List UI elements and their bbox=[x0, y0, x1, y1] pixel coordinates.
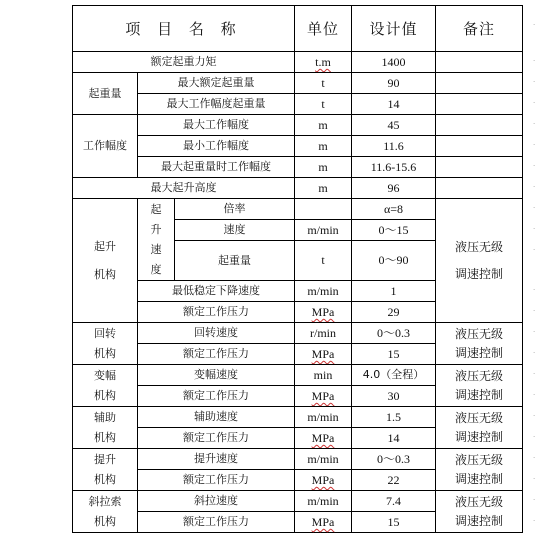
hoist-row-label: 额定工作压力 bbox=[137, 301, 295, 323]
hoist-row-unit bbox=[294, 198, 352, 220]
mechanism-row-unit: m/min bbox=[294, 490, 352, 512]
mechanism-name: 变幅机构 bbox=[72, 364, 138, 407]
paragraph-mark-icon: · bbox=[533, 307, 535, 315]
paragraph-mark-icon: · bbox=[533, 328, 535, 336]
paragraph-mark-icon: · bbox=[533, 496, 535, 504]
mechanism-name: 回转机构 bbox=[72, 322, 138, 365]
mechanism-note-line1: 液压无级 bbox=[455, 369, 503, 383]
mechanism-note: 液压无级调速控制 bbox=[435, 448, 523, 491]
mechanism-row-label: 提升速度 bbox=[137, 448, 295, 470]
mechanism-note: 液压无级调速控制 bbox=[435, 490, 523, 533]
mechanism-name-line1: 斜拉索 bbox=[89, 495, 122, 508]
hoist-row-label: 最低稳定下降速度 bbox=[137, 280, 295, 302]
max-height-label: 最大起升高度 bbox=[72, 177, 295, 199]
paragraph-mark-icon: · bbox=[533, 433, 535, 441]
mechanism-name: 斜拉索机构 bbox=[72, 490, 138, 533]
working-radius-row-label: 最大起重量时工作幅度 bbox=[137, 156, 295, 178]
mechanism-name-line2: 机构 bbox=[94, 431, 116, 444]
mechanism-row-label: 额定工作压力 bbox=[137, 511, 295, 533]
working-radius-row-note bbox=[435, 114, 523, 136]
mechanism-note: 液压无级调速控制 bbox=[435, 364, 523, 407]
paragraph-mark-icon: · bbox=[533, 517, 535, 525]
mechanism-row-value: 15 bbox=[351, 343, 436, 365]
mechanism-row-value: 0～0.3 bbox=[351, 322, 436, 344]
working-radius-row-unit: m bbox=[294, 135, 352, 157]
max-height-note bbox=[435, 177, 523, 199]
mechanism-name: 提升机构 bbox=[72, 448, 138, 491]
working-radius-row-value: 11.6-15.6 bbox=[351, 156, 436, 178]
mechanism-row-unit: MPa bbox=[294, 469, 352, 491]
hoist-speed-char: 速 bbox=[151, 240, 162, 260]
max-height-unit: m bbox=[294, 177, 352, 199]
mechanism-row-label: 额定工作压力 bbox=[137, 385, 295, 407]
mechanism-row-value: 15 bbox=[351, 511, 436, 533]
mechanism-name-line1: 变幅 bbox=[94, 369, 116, 382]
mechanism-name: 辅助机构 bbox=[72, 406, 138, 449]
mechanism-row-unit: m/min bbox=[294, 406, 352, 428]
hoist-group-line1: 起升 bbox=[94, 240, 116, 253]
mechanism-row-value: 22 bbox=[351, 469, 436, 491]
mechanism-row-unit: min bbox=[294, 364, 352, 386]
mechanism-row-label: 变幅速度 bbox=[137, 364, 295, 386]
hoist-row-value: 1 bbox=[351, 280, 436, 302]
mechanism-row-label: 额定工作压力 bbox=[137, 469, 295, 491]
mechanism-row-label: 额定工作压力 bbox=[137, 343, 295, 365]
mechanism-note-line2: 调速控制 bbox=[455, 514, 503, 528]
paragraph-mark-icon: · bbox=[533, 99, 535, 107]
mechanism-name-line2: 机构 bbox=[94, 473, 116, 486]
hoist-row-unit: m/min bbox=[294, 280, 352, 302]
paragraph-mark-icon: · bbox=[533, 412, 535, 420]
hoist-speed-char: 度 bbox=[151, 260, 162, 280]
paragraph-mark-icon: · bbox=[533, 162, 535, 170]
mechanism-note: 液压无级调速控制 bbox=[435, 406, 523, 449]
working-radius-row-note bbox=[435, 156, 523, 178]
paragraph-mark-icon: · bbox=[533, 21, 535, 29]
rated-moment-unit: t.m bbox=[294, 51, 352, 73]
mechanism-row-unit: MPa bbox=[294, 343, 352, 365]
lifting-capacity-row-unit: t bbox=[294, 93, 352, 115]
hoist-row-unit: t bbox=[294, 240, 352, 281]
lifting-capacity-row-label: 最大额定起重量 bbox=[137, 72, 295, 94]
lifting-capacity-row-unit: t bbox=[294, 72, 352, 94]
paragraph-mark-icon: · bbox=[533, 120, 535, 128]
mechanism-row-unit: MPa bbox=[294, 385, 352, 407]
mechanism-name-line2: 机构 bbox=[94, 515, 116, 528]
mechanism-row-value: 30 bbox=[351, 385, 436, 407]
paragraph-mark-icon: · bbox=[533, 246, 535, 254]
mechanism-note-line1: 液压无级 bbox=[455, 411, 503, 425]
lifting-capacity-row-value: 90 bbox=[351, 72, 436, 94]
hoist-group-line2: 机构 bbox=[94, 268, 116, 281]
mechanism-note: 液压无级调速控制 bbox=[435, 322, 523, 365]
rated-moment-label: 额定起重力矩 bbox=[72, 51, 295, 73]
paragraph-mark-icon: · bbox=[533, 141, 535, 149]
paragraph-mark-icon: · bbox=[533, 183, 535, 191]
hoist-row-value: α=8 bbox=[351, 198, 436, 220]
mechanism-note-line1: 液压无级 bbox=[455, 495, 503, 509]
hoist-row-label: 速度 bbox=[174, 219, 295, 241]
mechanism-row-value: 4.0（全程） bbox=[351, 364, 436, 386]
mechanism-row-value: 0～0.3 bbox=[351, 448, 436, 470]
mechanism-name-line1: 提升 bbox=[94, 453, 116, 466]
hoist-row-value: 0～15 bbox=[351, 219, 436, 241]
hoist-row-label: 倍率 bbox=[174, 198, 295, 220]
paragraph-mark-icon: · bbox=[533, 204, 535, 212]
hoist-speed-char: 起 bbox=[151, 200, 162, 220]
mechanism-note-line1: 液压无级 bbox=[455, 327, 503, 341]
mechanism-row-label: 额定工作压力 bbox=[137, 427, 295, 449]
lifting-capacity-row-value: 14 bbox=[351, 93, 436, 115]
lifting-capacity-row-label: 最大工作幅度起重量 bbox=[137, 93, 295, 115]
mechanism-note-line2: 调速控制 bbox=[455, 388, 503, 402]
hoist-group: 起升 机构 bbox=[72, 198, 138, 323]
hoist-row-value: 0～90 bbox=[351, 240, 436, 281]
mechanism-name-line1: 辅助 bbox=[94, 411, 116, 424]
lifting-capacity-row-note bbox=[435, 93, 523, 115]
paragraph-mark-icon: · bbox=[533, 57, 535, 65]
mechanism-row-value: 1.5 bbox=[351, 406, 436, 428]
hoist-row-unit: MPa bbox=[294, 301, 352, 323]
mechanism-row-unit: m/min bbox=[294, 448, 352, 470]
hoist-row-value: 29 bbox=[351, 301, 436, 323]
mechanism-name-line2: 机构 bbox=[94, 389, 116, 402]
working-radius-row-value: 45 bbox=[351, 114, 436, 136]
hoist-row-unit: m/min bbox=[294, 219, 352, 241]
header-unit: 单位 bbox=[294, 5, 352, 52]
working-radius-row-unit: m bbox=[294, 156, 352, 178]
hoist-note: 液压无级 调速控制 bbox=[435, 198, 523, 323]
paragraph-mark-icon: · bbox=[533, 475, 535, 483]
rated-moment-value: 1400 bbox=[351, 51, 436, 73]
hoist-note-line2: 调速控制 bbox=[455, 267, 503, 281]
lifting-capacity-group: 起重量 bbox=[72, 72, 138, 115]
working-radius-row-unit: m bbox=[294, 114, 352, 136]
paragraph-mark-icon: · bbox=[533, 78, 535, 86]
working-radius-row-label: 最小工作幅度 bbox=[137, 135, 295, 157]
header-design-value: 设计值 bbox=[351, 5, 436, 52]
hoist-row-label: 起重量 bbox=[174, 240, 295, 281]
mechanism-row-label: 斜拉速度 bbox=[137, 490, 295, 512]
paragraph-mark-icon: · bbox=[533, 370, 535, 378]
mechanism-row-unit: MPa bbox=[294, 511, 352, 533]
mechanism-row-value: 7.4 bbox=[351, 490, 436, 512]
hoist-speed-char: 升 bbox=[151, 220, 162, 240]
header-note: 备注 bbox=[435, 5, 523, 52]
mechanism-row-value: 14 bbox=[351, 427, 436, 449]
max-height-value: 96 bbox=[351, 177, 436, 199]
working-radius-row-value: 11.6 bbox=[351, 135, 436, 157]
mechanism-note-line2: 调速控制 bbox=[455, 430, 503, 444]
mechanism-row-unit: r/min bbox=[294, 322, 352, 344]
mechanism-note-line2: 调速控制 bbox=[455, 472, 503, 486]
mechanism-row-unit: MPa bbox=[294, 427, 352, 449]
working-radius-row-note bbox=[435, 135, 523, 157]
rated-moment-note bbox=[435, 51, 523, 73]
header-item-name: 项 目 名 称 bbox=[72, 5, 295, 52]
mechanism-name-line1: 回转 bbox=[94, 327, 116, 340]
paragraph-mark-icon: · bbox=[533, 391, 535, 399]
paragraph-mark-icon: · bbox=[533, 349, 535, 357]
mechanism-note-line2: 调速控制 bbox=[455, 346, 503, 360]
paragraph-mark-icon: · bbox=[533, 225, 535, 233]
hoist-speed-group: 起 升 速 度 bbox=[137, 198, 175, 281]
mechanism-row-label: 回转速度 bbox=[137, 322, 295, 344]
hoist-note-line1: 液压无级 bbox=[455, 240, 503, 254]
mechanism-row-label: 辅助速度 bbox=[137, 406, 295, 428]
working-radius-group: 工作幅度 bbox=[72, 114, 138, 178]
working-radius-row-label: 最大工作幅度 bbox=[137, 114, 295, 136]
mechanism-name-line2: 机构 bbox=[94, 347, 116, 360]
paragraph-mark-icon: · bbox=[533, 286, 535, 294]
lifting-capacity-row-note bbox=[435, 72, 523, 94]
paragraph-mark-icon: · bbox=[533, 454, 535, 462]
mechanism-note-line1: 液压无级 bbox=[455, 453, 503, 467]
